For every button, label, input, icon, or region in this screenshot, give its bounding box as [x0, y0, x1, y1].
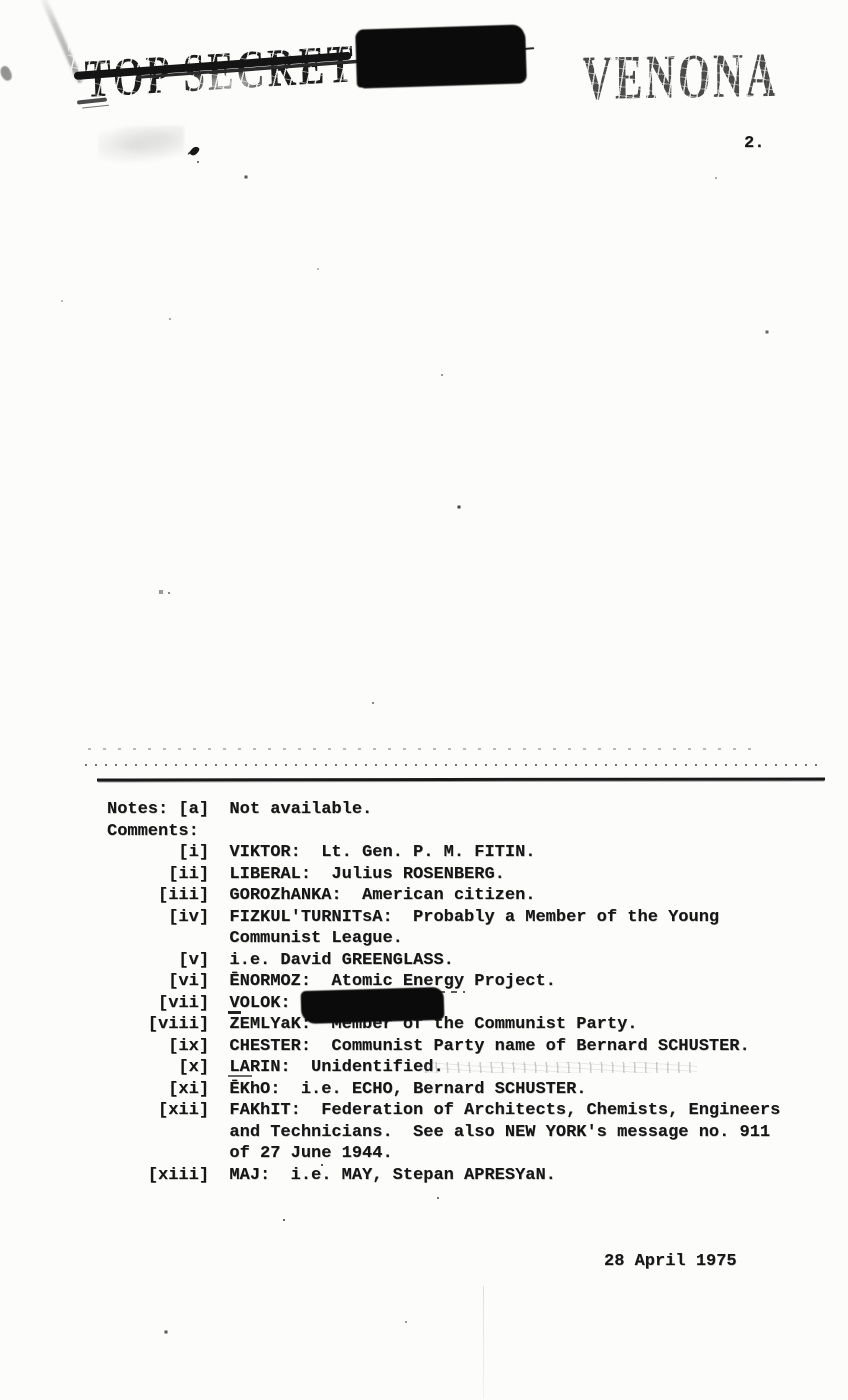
scan-fold-line — [483, 1286, 484, 1398]
underline-artifact-larin — [228, 1075, 252, 1077]
scan-speckles — [0, 0, 2, 2]
comments-header: Comments: — [107, 821, 780, 843]
note-line-ix: [ix] CHESTER: Communist Party name of Be… — [107, 1036, 780, 1058]
note-line-v: [v] i.e. David GREENGLASS. — [107, 950, 780, 972]
venona-stamp: VENONA — [582, 39, 779, 115]
dotted-separator — [85, 764, 825, 766]
dotted-separator-faint — [88, 748, 760, 750]
note-line-xii-3: of 27 June 1944. — [107, 1143, 780, 1165]
release-date: 28 April 1975 — [604, 1251, 737, 1273]
scan-scratch-tip — [0, 65, 14, 83]
note-line-iv: [iv] FIZKUL'TURNITsA: Probably a Member … — [107, 907, 780, 929]
scan-haze — [98, 126, 184, 162]
note-line-a: Notes: [a] Not available. — [107, 799, 780, 821]
note-line-xi: [xi] ĒKhO: i.e. ECHO, Bernard SCHUSTER. — [107, 1079, 780, 1101]
document-page: TOP SECRET VENONA 2. Notes: [a] Not avai… — [0, 0, 848, 1400]
note-line-xii-2: and Technicians. See also NEW YORK's mes… — [107, 1122, 780, 1144]
note-line-xiii: [xiii] MAJ: i.e. MAY, Stepan APRESYaN. — [107, 1165, 780, 1187]
redaction-bar-volok — [301, 987, 445, 1023]
redaction-bar-header — [356, 24, 526, 87]
scan-smudge — [425, 1062, 697, 1073]
horizontal-rule — [97, 777, 825, 781]
note-line-iv-2: Communist League. — [107, 928, 780, 950]
note-line-ii: [ii] LIBERAL: Julius ROSENBERG. — [107, 864, 780, 886]
note-line-iii: [iii] GOROZhANKA: American citizen. — [107, 885, 780, 907]
ink-speck — [189, 145, 200, 157]
note-line-viii: [viii] ZEMLYaK: Member of the Communist … — [107, 1014, 780, 1036]
note-line-i: [i] VIKTOR: Lt. Gen. P. M. FITIN. — [107, 842, 780, 864]
page-number: 2. — [744, 133, 764, 155]
note-line-xii: [xii] FAKhIT: Federation of Architects, … — [107, 1100, 780, 1122]
underline-artifact-volok — [228, 1011, 241, 1014]
note-line-vi: [vi] ĒNORMOZ: Atomic Energy Project. — [107, 971, 780, 993]
